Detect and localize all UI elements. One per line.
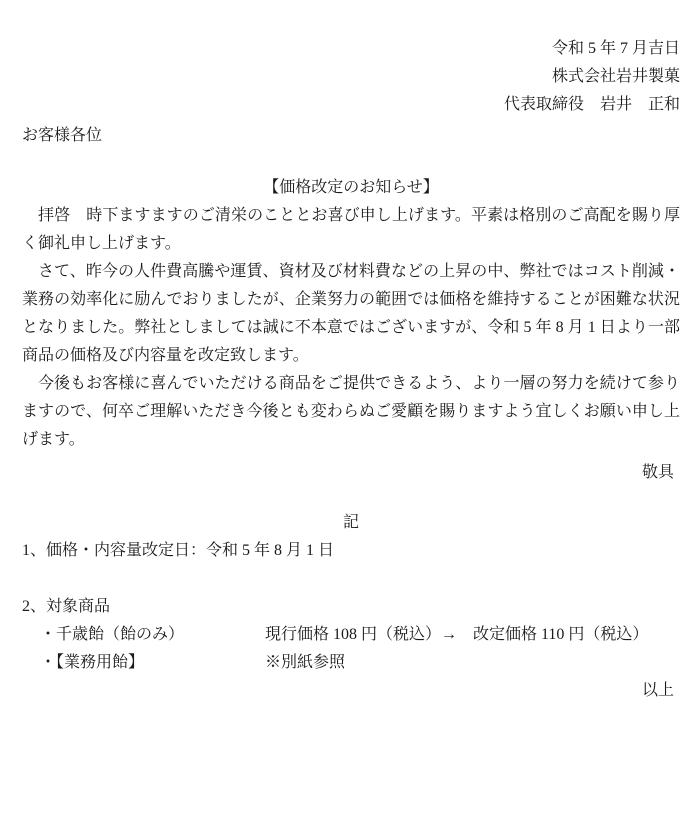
product-name: ・千歳飴（飴のみ） [40, 621, 265, 649]
product-name: ・【業務用飴】 [40, 649, 265, 677]
product-price-detail: 現行価格 108 円（税込）→ 改定価格 110 円（税込） [265, 621, 680, 649]
closing-paragraph: 今後もお客様に喜んでいただける商品をご提供できるよう、より一層の努力を続けて参り… [22, 370, 680, 454]
revision-date-item: 1、価格・内容量改定日：令和 5 年 8 月 1 日 [22, 537, 680, 565]
record-marker: 記 [22, 509, 680, 537]
document-title: 【価格改定のお知らせ】 [22, 174, 680, 202]
greeting-paragraph: 拝啓 時下ますますのご清栄のこととお喜び申し上げます。平素は格別のご高配を賜り厚… [22, 202, 680, 258]
representative-name: 代表取締役 岩井 正和 [22, 91, 680, 119]
target-products-heading: 2、対象商品 [22, 593, 680, 621]
product-price-detail: ※別紙参照 [265, 649, 680, 677]
sender-block: 令和 5 年 7 月吉日 株式会社岩井製菓 代表取締役 岩井 正和 [22, 35, 680, 119]
letter-page: 令和 5 年 7 月吉日 株式会社岩井製菓 代表取締役 岩井 正和 お客様各位 … [0, 0, 700, 830]
closing-word: 敬具 [22, 459, 680, 487]
product-row: ・【業務用飴】 ※別紙参照 [22, 649, 680, 677]
body-paragraph: さて、昨今の人件費高騰や運賃、資材及び材料費などの上昇の中、弊社ではコスト削減・… [22, 258, 680, 370]
company-name: 株式会社岩井製菓 [22, 63, 680, 91]
end-marker: 以上 [22, 677, 680, 705]
product-row: ・千歳飴（飴のみ） 現行価格 108 円（税込）→ 改定価格 110 円（税込） [22, 621, 680, 649]
date-line: 令和 5 年 7 月吉日 [22, 35, 680, 63]
addressee: お客様各位 [22, 122, 680, 150]
